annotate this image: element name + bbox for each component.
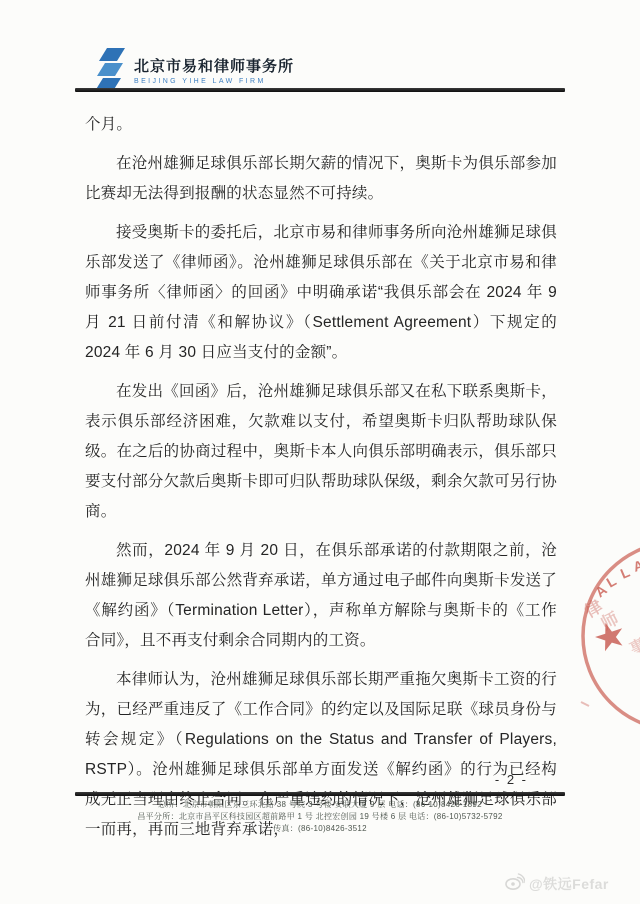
- firm-name-chinese: 北京市易和律师事务所: [134, 58, 294, 76]
- paragraph: 在发出《回函》后，沧州雄狮足球俱乐部又在私下联系奥斯卡，表示俱乐部经济困难，欠款…: [85, 377, 557, 527]
- watermark-handle: @铁远Fefar: [529, 874, 609, 894]
- scanned-legal-letter-page: 北京市易和律师事务所 BEIJING YIHE LAW FIRM 个月。 在沧州…: [0, 0, 640, 904]
- page-number: - 2 -: [495, 772, 528, 787]
- footer-head-office: 总所：北京市朝阳区东三环北路 38 号院 3 号楼 安联大厦 9 层 电话：(8…: [75, 799, 565, 811]
- header-rule: [75, 88, 565, 92]
- firm-name-english: BEIJING YIHE LAW FIRM: [134, 77, 294, 87]
- paragraph-continuation: 个月。: [85, 110, 557, 140]
- footer-addresses: 总所：北京市朝阳区东三环北路 38 号院 3 号楼 安联大厦 9 层 电话：(8…: [75, 799, 565, 835]
- letter-body: 个月。 在沧州雄狮足球俱乐部长期欠薪的情况下，奥斯卡为俱乐部参加比赛却无法得到报…: [85, 110, 557, 854]
- weibo-watermark: @铁远Fefar: [505, 873, 609, 895]
- footer-rule: [75, 792, 565, 796]
- paragraph: 然而，2024 年 9 月 20 日，在俱乐部承诺的付款期限之前，沧州雄狮足球俱…: [85, 536, 557, 656]
- seal-ring-letter: A: [631, 557, 640, 575]
- paragraph: 在沧州雄狮足球俱乐部长期欠薪的情况下，奥斯卡为俱乐部参加比赛却无法得到报酬的状态…: [85, 149, 557, 209]
- weibo-icon: [505, 873, 525, 895]
- paragraph: 接受奥斯卡的委托后，北京市易和律师事务所向沧州雄狮足球俱乐部发送了《律师函》。沧…: [85, 218, 557, 368]
- seal-ring-letter: L: [618, 564, 633, 582]
- footer-branch-office: 昌平分所：北京市昌平区科技园区超前路甲 1 号 北控宏创园 19 号楼 6 层 …: [75, 811, 565, 823]
- footer-fax: 传真：(86-10)8426-3512: [75, 823, 565, 835]
- seal-inner-char: 事: [627, 636, 640, 658]
- firm-name-block: 北京市易和律师事务所 BEIJING YIHE LAW FIRM: [134, 58, 294, 87]
- red-notary-seal: A L L A 律 师 事: [577, 536, 640, 756]
- seal-ring-letter: L: [604, 572, 620, 590]
